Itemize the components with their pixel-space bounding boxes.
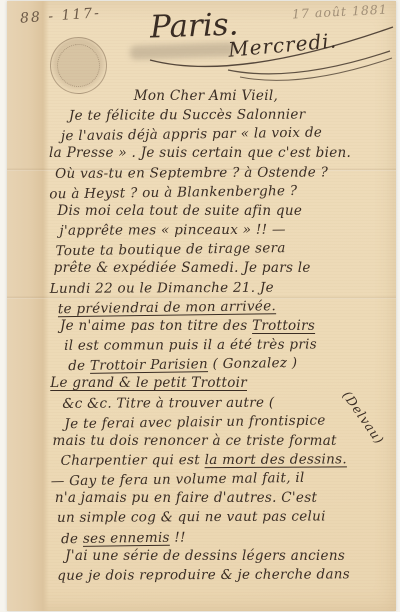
letter-text-segment: mais tu dois renoncer à ce triste format	[53, 433, 337, 449]
letter-text-segment: Où vas-tu en Septembre ? à Ostende ?	[55, 164, 328, 181]
letter-text-segment: de	[61, 531, 83, 547]
letter-line: n'a jamais pu en faire d'autres. C'est	[51, 489, 391, 508]
letter-line: que je dois reproduire & je cherche dans	[51, 565, 391, 586]
letter-text-segment: la mort des dessins.	[205, 451, 347, 468]
letter-text-segment: Trottoirs	[252, 318, 315, 334]
letter-text-segment: prête & expédiée Samedi. Je pars le	[54, 260, 311, 276]
letter-text-segment: — Gay te fera un volume mal fait, il	[51, 470, 305, 490]
letter-text-segment: J'ai une série de dessins légers anciens	[65, 548, 345, 564]
letter-text-segment: Charpentier qui est	[61, 452, 205, 469]
letter-text-segment: je l'avais déjà appris par « la voix de	[61, 125, 322, 145]
letter-text-segment: Lundi 22 ou le Dimanche 21. Je	[50, 279, 274, 296]
letter-line: Mon Cher Ami Vieil,	[49, 87, 389, 106]
letter-text-segment: Le grand & le petit Trottoir	[50, 375, 247, 391]
letter-line: te préviendrai de mon arrivée.	[50, 295, 390, 319]
letter-text-segment: te préviendrai de mon arrivée.	[58, 298, 276, 317]
letter-line: la Presse » . Je suis certain que c'est …	[49, 144, 389, 163]
letter-text-segment: de	[68, 358, 90, 374]
left-fold-band	[7, 1, 49, 611]
letter-line: Je n'aime pas ton titre des Trottoirs	[50, 317, 390, 336]
letter-text-segment: j'apprête mes « pinceaux » !! —	[59, 222, 285, 239]
letter-line: J'ai une série de dessins légers anciens	[51, 547, 391, 566]
place-heading: Paris.	[149, 6, 239, 45]
letter-line: Le grand & le petit Trottoir	[50, 374, 390, 393]
letter-text-segment: la Presse » . Je suis certain que c'est …	[49, 145, 351, 161]
letter-line: Dis moi cela tout de suite afin que	[49, 202, 389, 221]
letter-text-segment: un simple cog & qui ne vaut pas celui	[57, 509, 326, 526]
letter-text-segment: !!	[170, 529, 186, 545]
letter-line: mais tu dois renoncer à ce triste format	[51, 432, 391, 451]
letter-line: Je te ferai avec plaisir un frontispice	[50, 410, 390, 434]
letter-text-segment: &c &c. Titre à trouver autre (	[62, 394, 274, 411]
scan-background: { "colors": { "scan_background": "#f6f4e…	[0, 0, 400, 612]
letter-text-segment: Toute ta boutique de tirage sera	[55, 240, 285, 259]
letter-text-segment: Trottoir Parisien	[90, 356, 208, 374]
letter-text-segment: ou à Heyst ? ou à Blankenberghe ?	[49, 183, 297, 202]
letter-line: prête & expédiée Samedi. Je pars le	[50, 259, 390, 278]
letter-line: ou à Heyst ? ou à Blankenberghe ?	[49, 180, 389, 204]
letter-text-segment: ( Gonzalez )	[208, 355, 298, 372]
letter-text-segment: il est commun puis il a été très pris	[64, 337, 317, 354]
letter-text-segment: que je dois reproduire & je cherche dans	[57, 566, 350, 584]
letter-text-segment: Mon Cher Ami Vieil,	[134, 88, 278, 104]
letter-text-segment: ses ennemis	[83, 529, 170, 546]
letter-text-segment: Je te ferai avec plaisir un frontispice	[64, 412, 325, 432]
letter-text-segment: n'a jamais pu en faire d'autres. C'est	[55, 490, 317, 506]
letter-text-segment: Je te félicite du Succès Salonnier	[69, 107, 306, 124]
letter-body: Mon Cher Ami Vieil,Je te félicite du Suc…	[49, 86, 392, 586]
letter-text-segment: Je n'aime pas ton titre des	[60, 318, 252, 334]
letter-text-segment: Dis moi cela tout de suite afin que	[57, 203, 302, 219]
letter-line: de ses ennemis !!	[51, 525, 391, 549]
